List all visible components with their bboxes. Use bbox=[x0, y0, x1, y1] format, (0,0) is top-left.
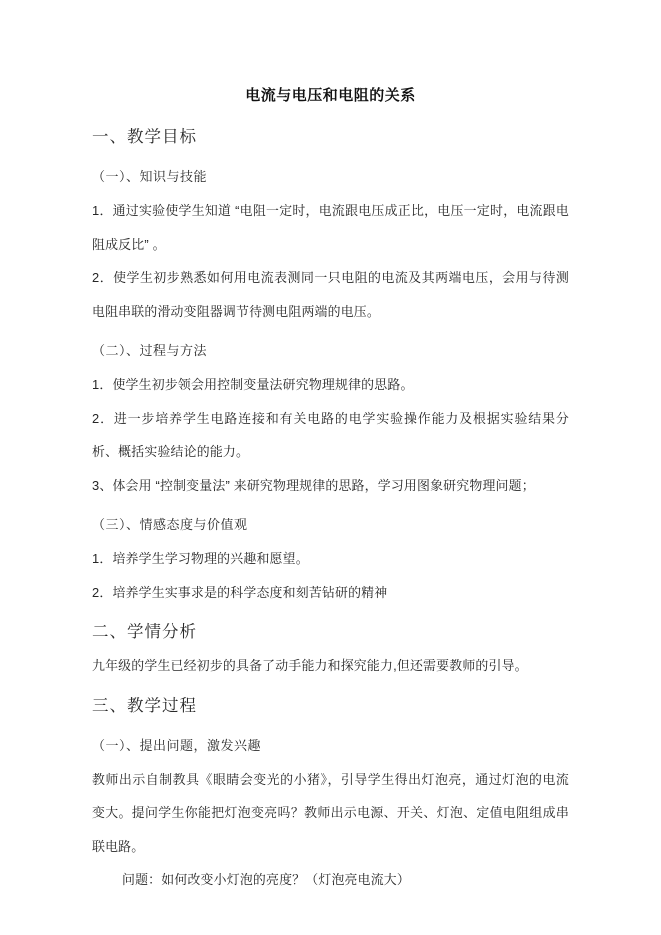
paragraph-question-brightness: 问题：如何改变小灯泡的亮度？（灯泡亮电流大） bbox=[92, 863, 569, 897]
section-heading-teaching-process: 三、教学过程 bbox=[92, 689, 569, 723]
subsection-heading-knowledge-skills: （一）、知识与技能 bbox=[92, 160, 569, 194]
paragraph-emotional-1: 1．培养学生学习物理的兴趣和愿望。 bbox=[92, 542, 569, 576]
section-heading-teaching-objectives: 一、教学目标 bbox=[92, 120, 569, 154]
paragraph-knowledge-skills-2: 2．使学生初步熟悉如何用电流表测同一只电阻的电流及其两端电压，会用与待测电阻串联… bbox=[92, 261, 569, 328]
paragraph-teaching-process-intro: 教师出示自制教具《眼睛会变光的小猪》，引导学生得出灯泡亮，通过灯泡的电流变大。提… bbox=[92, 763, 569, 864]
paragraph-emotional-2: 2．培养学生实事求是的科学态度和刻苦钻研的精神 bbox=[92, 576, 569, 610]
paragraph-process-methods-1: 1．使学生初步领会用控制变量法研究物理规律的思路。 bbox=[92, 368, 569, 402]
subsection-heading-emotional-attitude-values: （三）、情感态度与价值观 bbox=[92, 508, 569, 542]
subsection-heading-process-methods: （二）、过程与方法 bbox=[92, 334, 569, 368]
paragraph-learner-analysis: 九年级的学生已经初步的具备了动手能力和探究能力,但还需要教师的引导。 bbox=[92, 649, 569, 683]
paragraph-process-methods-2: 2．进一步培养学生电路连接和有关电路的电学实验操作能力及根据实验结果分析、概括实… bbox=[92, 402, 569, 469]
document-title: 电流与电压和电阻的关系 bbox=[92, 86, 569, 106]
paragraph-knowledge-skills-1: 1．通过实验使学生知道 “电阻一定时，电流跟电压成正比，电压一定时，电流跟电阻成… bbox=[92, 194, 569, 261]
paragraph-process-methods-3: 3、体会用 “控制变量法” 来研究物理规律的思路，学习用图象研究物理问题； bbox=[92, 469, 569, 503]
document-page: 电流与电压和电阻的关系 一、教学目标 （一）、知识与技能 1．通过实验使学生知道… bbox=[0, 0, 661, 935]
subsection-heading-raise-questions: （一）、提出问题，激发兴趣 bbox=[92, 729, 569, 763]
section-heading-learner-analysis: 二、学情分析 bbox=[92, 615, 569, 649]
